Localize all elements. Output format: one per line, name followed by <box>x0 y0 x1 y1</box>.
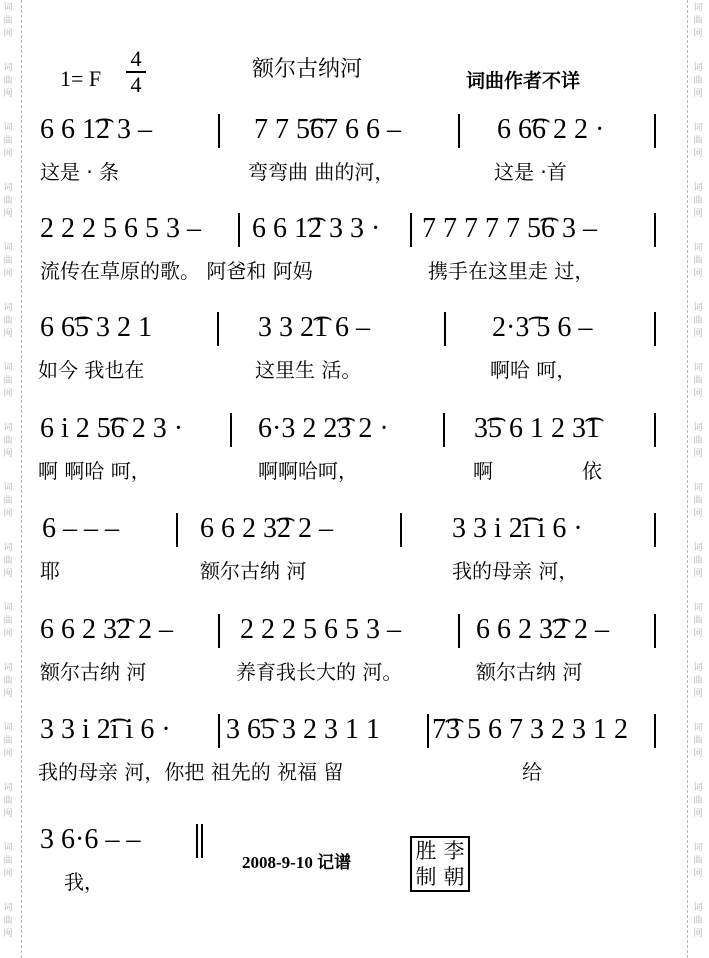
lyric-text: 额尔古纳 河 <box>200 555 306 584</box>
lyric-text: 我， <box>64 866 104 895</box>
note-group: 6 – – – <box>42 513 119 545</box>
song-title: 额尔古纳河 <box>252 52 362 83</box>
barline <box>218 114 220 148</box>
lyric-text: 养育我长大的 河。 <box>236 656 402 685</box>
lyrics-line: 流传在草原的歌。 阿爸和 阿妈携手在这里走 过， <box>0 255 709 285</box>
note-group: 3 6͡5 3 2 3 1 1 <box>226 714 380 746</box>
barline <box>230 413 232 447</box>
barline <box>217 312 219 346</box>
note-group: 6 6͡5 3 2 1 <box>40 312 152 344</box>
note-group: 3 3 i 2͡i i 6 · <box>40 714 171 746</box>
final-barline <box>196 824 198 858</box>
notes-line: 6 6 1͡2 3 –7 7 5͡67 6 6 –6 6͡6 2 2 · <box>0 108 709 158</box>
barline <box>400 513 402 547</box>
lyric-text: 我的母亲 河， <box>452 555 578 584</box>
barline <box>218 614 220 648</box>
note-group: 6 i 2 5͡6 2 3 · <box>40 413 183 445</box>
lyric-text: 携手在这里走 过， <box>428 255 594 284</box>
note-group: 2 2 2 5 6 5 3 – <box>240 614 401 646</box>
transcription-date: 2008-9-10 记谱 <box>242 848 351 873</box>
barline <box>654 714 656 748</box>
time-signature-numerator: 4 <box>131 46 142 71</box>
lyrics-line: 啊 啊哈 呵，啊啊哈呵，啊依 <box>0 455 709 485</box>
note-group: 6 6 1͡2 3 – <box>40 114 152 146</box>
barline <box>458 114 460 148</box>
barline <box>218 714 220 748</box>
barline <box>176 513 178 547</box>
watermark-text: 词曲网 <box>692 782 704 821</box>
lyrics-line: 我， <box>0 866 709 896</box>
composer-credits: 词曲作者不详 <box>466 66 580 93</box>
note-group: 3 3 i 2͡i i 6 · <box>452 513 583 545</box>
key-signature: 1= F <box>60 66 101 92</box>
lyric-text: 啊啊哈呵， <box>258 455 358 484</box>
note-group: 7 7 5͡67 6 6 – <box>254 114 401 146</box>
score-header: 1= F 4 4 额尔古纳河 词曲作者不详 <box>0 48 709 108</box>
notes-line: 3 6·6 – – <box>0 818 709 868</box>
lyric-text: 额尔古纳 河 <box>40 656 146 685</box>
lyric-text: 给 <box>522 756 542 785</box>
barline <box>444 312 446 346</box>
lyrics-line: 我的母亲 河，你把 祖先的 祝福 留给 <box>0 756 709 786</box>
lyric-text: 流传在草原的歌。 阿爸和 阿妈 <box>40 255 313 284</box>
author-seal: 胜 李 制 朝 <box>410 836 470 892</box>
lyric-text: 啊哈 呵， <box>490 354 576 383</box>
barline <box>427 714 429 748</box>
lyric-text: 依 <box>582 455 602 484</box>
note-group: 3 3 2͡1 6 – <box>258 312 370 344</box>
note-group: 6 6 2 3͡2 2 – <box>476 614 609 646</box>
note-group: 6 6 2 3͡2 2 – <box>40 614 173 646</box>
note-group: 2 2 2 5 6 5 3 – <box>40 213 201 245</box>
note-group: 3͡5 6 1 2 3͡1 <box>474 413 600 445</box>
lyric-text: 耶 <box>40 555 60 584</box>
lyric-text: 我的母亲 河，你把 祖先的 祝福 留 <box>38 756 343 785</box>
notes-line: 6 i 2 5͡6 2 3 ·6·3 2 2͡3 2 ·3͡5 6 1 2 3͡… <box>0 407 709 457</box>
watermark-text: 词曲网 <box>2 782 14 821</box>
time-signature-denominator: 4 <box>131 72 142 97</box>
note-group: 7͡3 5 6 7 3 2 3 1 2 <box>432 714 628 746</box>
note-group: 6 6 2 3͡2 2 – <box>200 513 333 545</box>
notes-line: 3 3 i 2͡i i 6 ·3 6͡5 3 2 3 1 17͡3 5 6 7 … <box>0 708 709 758</box>
note-group: 7 7 7 7 7 5͡6 3 – <box>422 213 597 245</box>
lyric-text: 如今 我也在 <box>38 354 144 383</box>
barline <box>238 213 240 247</box>
time-signature: 4 4 <box>126 48 146 96</box>
barline <box>654 614 656 648</box>
watermark-text: 词曲网 <box>692 902 704 941</box>
note-group: 6 6͡6 2 2 · <box>497 114 604 146</box>
barline <box>443 413 445 447</box>
barline <box>654 213 656 247</box>
lyric-text: 额尔古纳 河 <box>476 656 582 685</box>
notes-line: 2 2 2 5 6 5 3 –6 6 1͡2 3 3 ·7 7 7 7 7 5͡… <box>0 207 709 257</box>
barline <box>654 513 656 547</box>
lyrics-line: 额尔古纳 河养育我长大的 河。额尔古纳 河 <box>0 656 709 686</box>
note-group: 6·3 2 2͡3 2 · <box>258 413 389 445</box>
barline <box>654 413 656 447</box>
watermark-text: 词曲网 <box>2 2 14 41</box>
lyric-text: 这是 · 条 <box>40 156 119 185</box>
lyric-text: 弯弯曲 曲的河， <box>248 156 394 185</box>
note-group: 3 6·6 – – <box>40 824 140 856</box>
lyric-text: 这是 ·首 <box>494 156 567 185</box>
lyrics-line: 如今 我也在这里生 活。啊哈 呵， <box>0 354 709 384</box>
watermark-text: 词曲网 <box>2 902 14 941</box>
seal-char: 制 <box>412 864 440 890</box>
seal-char: 胜 <box>412 838 440 864</box>
lyrics-line: 耶额尔古纳 河我的母亲 河， <box>0 555 709 585</box>
note-group: 6 6 1͡2 3 3 · <box>252 213 380 245</box>
notes-line: 6 6 2 3͡2 2 –2 2 2 5 6 5 3 –6 6 2 3͡2 2 … <box>0 608 709 658</box>
lyric-text: 啊 <box>473 455 493 484</box>
barline <box>654 312 656 346</box>
seal-char: 朝 <box>440 864 468 890</box>
notes-line: 6 – – –6 6 2 3͡2 2 –3 3 i 2͡i i 6 · <box>0 507 709 557</box>
barline <box>654 114 656 148</box>
barline <box>410 213 412 247</box>
watermark-text: 词曲网 <box>692 2 704 41</box>
barline <box>458 614 460 648</box>
notes-line: 6 6͡5 3 2 13 3 2͡1 6 –2·3͡ 5 6 – <box>0 306 709 356</box>
seal-char: 李 <box>440 838 468 864</box>
note-group: 2·3͡ 5 6 – <box>492 312 592 344</box>
lyric-text: 啊 啊哈 呵， <box>38 455 151 484</box>
lyrics-line: 这是 · 条弯弯曲 曲的河，这是 ·首 <box>0 156 709 186</box>
lyric-text: 这里生 活。 <box>255 354 361 383</box>
